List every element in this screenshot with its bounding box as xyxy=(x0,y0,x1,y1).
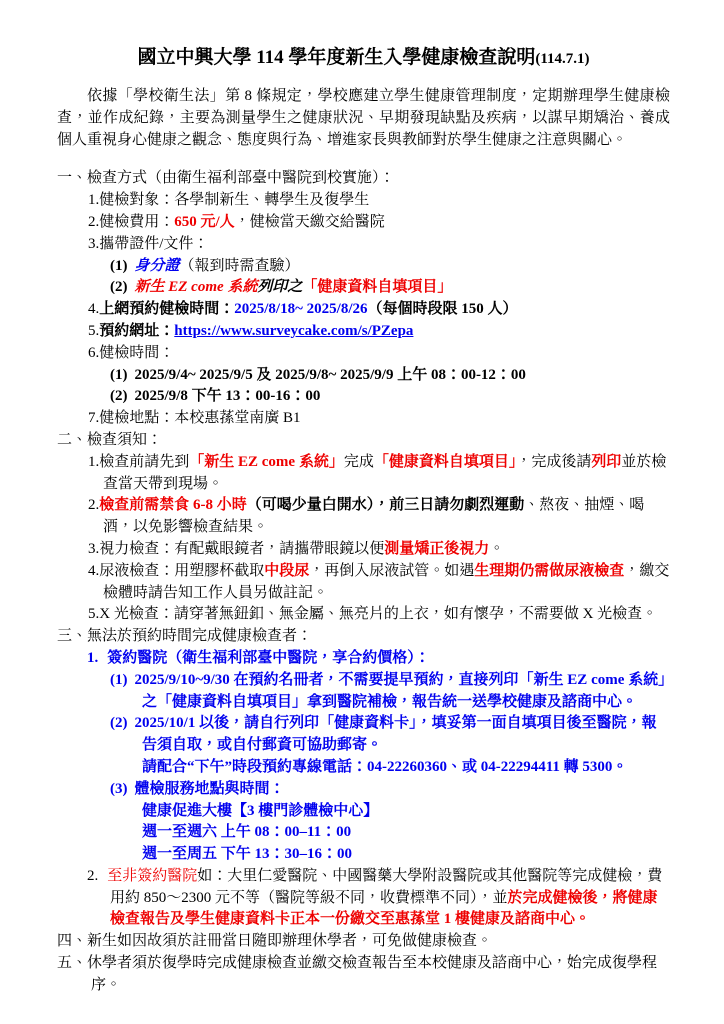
text-segment: 檢查須知： xyxy=(87,432,162,448)
text-segment: 預約網址： xyxy=(99,323,174,339)
list-marker: 2. xyxy=(87,868,98,884)
list-marker: (2) xyxy=(110,715,128,731)
text-segment: （每個時段限 150 人） xyxy=(368,301,518,317)
text-segment: 列印之 xyxy=(257,279,302,295)
sec1-item-5: 5.預約網址：https://www.surveycake.com/s/PZep… xyxy=(57,321,670,343)
text-segment: 尿液檢查：用塑膠杯截取 xyxy=(99,563,264,579)
text-segment: 健檢對象：各學制新生、轉學生及復學生 xyxy=(99,192,369,208)
list-marker: 二、 xyxy=(57,432,87,448)
text-segment: 視力檢查：有配戴眼鏡者，請攜帶眼鏡以便 xyxy=(99,541,384,557)
sec3-item-1-3-location: 健康促進大樓【3 樓門診體檢中心】 xyxy=(57,801,670,823)
sec1-item-3-1: (1)身分證（報到時需查驗） xyxy=(57,256,670,278)
text-segment: （報到時需查驗） xyxy=(180,258,300,274)
list-marker: (1) xyxy=(110,672,128,688)
text-segment: 休學者須於復學時完成健康檢查並繳交檢查報告至本校健康及諮商中心，始完成復學程序。 xyxy=(87,955,657,993)
sec2-item-1: 1.檢查前請先到「新生 EZ come 系統」完成「健康資料自填項目」，完成後請… xyxy=(57,452,670,496)
sec3-item-1-1: (1)2025/9/10~9/30 在預約名冊者，不需要提早預約，直接列印「新生… xyxy=(57,670,670,714)
text-segment: 上網預約健檢時間： xyxy=(99,301,234,317)
text-segment: 2025/9/4~ 2025/9/5 及 2025/9/8~ 2025/9/9 … xyxy=(135,367,526,383)
text-segment: 健檢費用： xyxy=(99,214,174,230)
section-2-heading: 二、檢查須知： xyxy=(57,430,670,452)
list-marker: 4. xyxy=(88,301,99,317)
text-segment: ，健檢當天繳交給醫院 xyxy=(235,214,385,230)
sec3-item-1: 1.簽約醫院（衛生福利部臺中醫院，享合約價格）： xyxy=(57,648,670,670)
document-body: 一、檢查方式（由衛生福利部臺中醫院到校實施）：1.健檢對象：各學制新生、轉學生及… xyxy=(57,168,670,996)
text-segment: 檢查前請先到 xyxy=(99,454,189,470)
section-4-line: 四、新生如因故須於註冊當日隨即辦理休學者，可免做健康檢查。 xyxy=(57,931,670,953)
list-marker: 四、 xyxy=(57,933,87,949)
sec2-item-5: 5.X 光檢查：請穿著無鈕釦、無金屬、無亮片的上衣，如有懷孕，不需要做 X 光檢… xyxy=(57,604,670,626)
list-marker: 五、 xyxy=(57,955,87,971)
text-segment: 體檢服務地點與時間： xyxy=(135,781,285,797)
text-segment: 2025/10/1 以後，請自行列印「健康資料卡」，填妥第一面自填項目後至醫院，… xyxy=(135,715,657,753)
document-page: 國立中興大學 114 學年度新生入學健康檢查說明(114.7.1) 依據「學校衛… xyxy=(0,0,724,1024)
list-marker: 1. xyxy=(88,454,99,470)
list-marker: 4. xyxy=(88,563,99,579)
list-marker: 2. xyxy=(88,497,99,513)
text-segment: 新生 EZ come 系統 xyxy=(135,279,258,295)
list-marker: 1. xyxy=(88,192,99,208)
text-segment: 2025/9/8 下午 13：00-16：00 xyxy=(135,388,321,404)
text-segment: 2025/9/10~9/30 在預約名冊者，不需要提早預約，直接列印「新生 EZ… xyxy=(135,672,666,710)
text-segment: 請配合“下午”時段預約專線電話：04-22260360、或 04-2229441… xyxy=(142,759,627,775)
sec3-item-1-3: (3)體檢服務地點與時間： xyxy=(57,779,670,801)
text-segment: 健檢時間： xyxy=(99,345,174,361)
sec1-item-3-2: (2)新生 EZ come 系統列印之「健康資料自填項目」 xyxy=(57,277,670,299)
text-segment: 「健康資料自填項目」 xyxy=(374,454,517,470)
text-segment: 攜帶證件/文件： xyxy=(99,236,208,252)
title-version: (114.7.1) xyxy=(535,51,589,67)
list-marker: (3) xyxy=(110,781,128,797)
text-segment: 檢查方式（由衛生福利部臺中醫院到校實施）： xyxy=(87,170,395,186)
text-segment: ，完成後請 xyxy=(516,454,591,470)
list-marker: 5. xyxy=(88,606,99,622)
list-marker: 1. xyxy=(87,650,98,666)
list-marker: 7. xyxy=(88,410,99,426)
document-title: 國立中興大學 114 學年度新生入學健康檢查說明(114.7.1) xyxy=(57,44,670,73)
list-marker: (1) xyxy=(110,258,128,274)
sec1-item-6-2: (2)2025/9/8 下午 13：00-16：00 xyxy=(57,386,670,408)
list-marker: 3. xyxy=(88,236,99,252)
text-segment: 測量矯正後視力 xyxy=(384,541,489,557)
sec2-item-3: 3.視力檢查：有配戴眼鏡者，請攜帶眼鏡以便測量矯正後視力。 xyxy=(57,539,670,561)
list-marker: (2) xyxy=(110,279,128,295)
section-3-heading: 三、無法於預約時間完成健康檢查者： xyxy=(57,626,670,648)
reservation-url-link[interactable]: https://www.surveycake.com/s/PZepa xyxy=(174,323,413,339)
text-segment: 2025/8/18~ 2025/8/26 xyxy=(234,301,367,317)
sec1-item-1: 1.健檢對象：各學制新生、轉學生及復學生 xyxy=(57,190,670,212)
text-segment: 650 元/人 xyxy=(174,214,234,230)
list-marker: (1) xyxy=(110,367,128,383)
text-segment: X 光檢查：請穿著無鈕釦、無金屬、無亮片的上衣，如有懷孕，不需要做 X 光檢查。 xyxy=(99,606,657,622)
intro-paragraph: 依據「學校衛生法」第 8 條規定，學校應建立學生健康管理制度，定期辦理學生健康檢… xyxy=(57,86,670,151)
list-marker: 三、 xyxy=(57,628,87,644)
sec3-item-1-2-phone: 請配合“下午”時段預約專線電話：04-22260360、或 04-2229441… xyxy=(57,757,670,779)
sec1-item-6-1: (1)2025/9/4~ 2025/9/5 及 2025/9/8~ 2025/9… xyxy=(57,365,670,387)
sec3-item-1-3-hours-am: 週一至週六 上午 08：00–11：00 xyxy=(57,822,670,844)
sec1-item-3: 3.攜帶證件/文件： xyxy=(57,234,670,256)
sec1-item-2: 2.健檢費用：650 元/人，健檢當天繳交給醫院 xyxy=(57,212,670,234)
section-1-heading: 一、檢查方式（由衛生福利部臺中醫院到校實施）： xyxy=(57,168,670,190)
sec3-item-2: 2.至非簽約醫院如：大里仁愛醫院、中國醫藥大學附設醫院或其他醫院等完成健檢，費用… xyxy=(57,866,670,931)
text-segment: ，再倒入尿液試管。如遇 xyxy=(309,563,474,579)
text-segment: 至非簽約醫院 xyxy=(107,868,197,884)
text-segment: 「新生 EZ come 系統」 xyxy=(189,454,344,470)
text-segment: 「健康資料自填項目」 xyxy=(302,279,452,295)
text-segment: 完成 xyxy=(344,454,374,470)
sec3-item-1-2: (2)2025/10/1 以後，請自行列印「健康資料卡」，填妥第一面自填項目後至… xyxy=(57,713,670,757)
list-marker: 3. xyxy=(88,541,99,557)
section-5-line: 五、休學者須於復學時完成健康檢查並繳交檢查報告至本校健康及諮商中心，始完成復學程… xyxy=(57,953,670,997)
text-segment: 列印 xyxy=(591,454,621,470)
list-marker: 6. xyxy=(88,345,99,361)
text-segment: 週一至週六 上午 08：00–11：00 xyxy=(142,824,351,840)
text-segment: 無法於預約時間完成健康檢查者： xyxy=(87,628,312,644)
sec2-item-4: 4.尿液檢查：用塑膠杯截取中段尿，再倒入尿液試管。如遇生理期仍需做尿液檢查，繳交… xyxy=(57,561,670,605)
list-marker: (2) xyxy=(110,388,128,404)
title-main: 國立中興大學 114 學年度新生入學健康檢查說明 xyxy=(137,47,535,68)
sec1-item-4: 4.上網預約健檢時間：2025/8/18~ 2025/8/26（每個時段限 15… xyxy=(57,299,670,321)
text-segment: 新生如因故須於註冊當日隨即辦理休學者，可免做健康檢查。 xyxy=(87,933,492,949)
text-segment: 身分證 xyxy=(135,258,180,274)
sec2-item-2: 2.檢查前需禁食 6-8 小時（可喝少量白開水），前三日請勿劇烈運動、熬夜、抽煙… xyxy=(57,495,670,539)
text-segment: 健康促進大樓【3 樓門診體檢中心】 xyxy=(142,803,378,819)
text-segment: 簽約醫院（衛生福利部臺中醫院，享合約價格）： xyxy=(107,650,430,666)
text-segment: 檢查前需禁食 6-8 小時 xyxy=(99,497,247,513)
list-marker: 一、 xyxy=(57,170,87,186)
text-segment: 中段尿 xyxy=(264,563,309,579)
sec3-item-1-3-hours-pm: 週一至周五 下午 13：30–16：00 xyxy=(57,844,670,866)
text-segment: 週一至周五 下午 13：30–16：00 xyxy=(142,846,352,862)
text-segment: 健檢地點：本校惠蓀堂南廣 B1 xyxy=(99,410,300,426)
sec1-item-6: 6.健檢時間： xyxy=(57,343,670,365)
text-segment: （可喝少量白開水），前三日請勿劇烈運動 xyxy=(247,497,525,513)
text-segment: 生理期仍需做尿液檢查 xyxy=(474,563,624,579)
sec1-item-7: 7.健檢地點：本校惠蓀堂南廣 B1 xyxy=(57,408,670,430)
list-marker: 5. xyxy=(88,323,99,339)
text-segment: 。 xyxy=(489,541,504,557)
list-marker: 2. xyxy=(88,214,99,230)
